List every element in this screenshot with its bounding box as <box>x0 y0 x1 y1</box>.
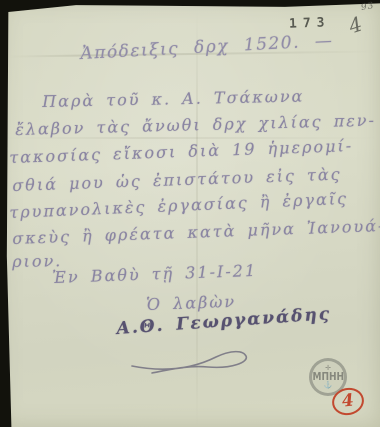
scanned-document: 173 4 93 Ἀπόδειξις δρχ 1520. — Παρὰ τοῦ … <box>0 0 380 427</box>
signature-flourish <box>128 342 258 376</box>
seal-monogram: ΜΠΗΗ <box>312 371 344 382</box>
archive-stamp-number: 173 <box>289 15 331 31</box>
red-badge-digit: 4 <box>341 392 355 410</box>
